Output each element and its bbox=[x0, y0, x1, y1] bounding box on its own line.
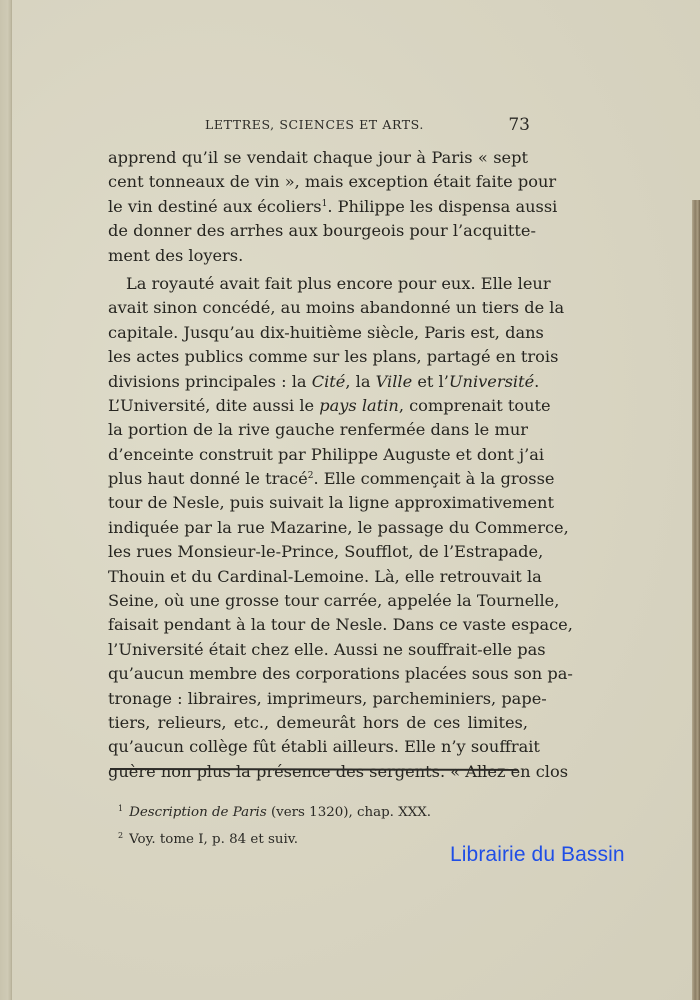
text-segment: (vers 1320), chap. XXX. bbox=[267, 805, 431, 820]
text-segment: tiers, relieurs, etc., demeurât hors de … bbox=[108, 713, 528, 732]
text-segment: l’Université était chez elle. Aussi ne s… bbox=[108, 640, 546, 659]
text-line: Thouin et du Cardinal-Lemoine. Là, elle … bbox=[108, 565, 528, 589]
text-segment: , comprenait toute bbox=[399, 396, 551, 415]
text-segment: plus haut donné le tracé bbox=[108, 469, 308, 488]
text-segment: tronage : libraires, imprimeurs, parchem… bbox=[108, 689, 547, 708]
text-segment: Seine, où une grosse tour carrée, appelé… bbox=[108, 591, 559, 610]
text-segment: capitale. Jusqu’au dix-huitième siècle, … bbox=[108, 323, 544, 342]
text-line: La royauté avait fait plus encore pour e… bbox=[108, 272, 528, 296]
text-segment: . Philippe les dispensa aussi bbox=[327, 197, 557, 216]
book-page: LETTRES, SCIENCES ET ARTS. 73 apprend qu… bbox=[0, 0, 700, 1000]
text-segment: . Elle commençait à la grosse bbox=[313, 469, 554, 488]
text-segment: apprend qu’il se vendait chaque jour à P… bbox=[108, 148, 528, 167]
text-segment: la portion de la rive gauche renfermée d… bbox=[108, 420, 528, 439]
text-segment: d’enceinte construit par Philippe August… bbox=[108, 445, 544, 464]
italic-text: Cité bbox=[312, 372, 346, 391]
body-text: apprend qu’il se vendait chaque jour à P… bbox=[108, 146, 528, 784]
footnote-mark: 2 bbox=[118, 831, 123, 840]
text-line: ment des loyers. bbox=[108, 244, 528, 268]
text-line: de donner des arrhes aux bourgeois pour … bbox=[108, 219, 528, 243]
text-line: les rues Monsieur-le-Prince, Soufflot, d… bbox=[108, 540, 528, 564]
text-line: tiers, relieurs, etc., demeurât hors de … bbox=[108, 711, 528, 735]
text-segment: Thouin et du Cardinal-Lemoine. Là, elle … bbox=[108, 567, 542, 586]
text-line: le vin destiné aux écoliers1. Philippe l… bbox=[108, 195, 528, 219]
text-segment: faisait pendant à la tour de Nesle. Dans… bbox=[108, 615, 573, 634]
footnote: 1Description de Paris (vers 1320), chap.… bbox=[118, 797, 518, 824]
text-line: Seine, où une grosse tour carrée, appelé… bbox=[108, 589, 528, 613]
text-segment: , la bbox=[345, 372, 375, 391]
text-segment: et l’ bbox=[412, 372, 449, 391]
text-segment: indiquée par la rue Mazarine, le passage… bbox=[108, 518, 569, 537]
page-gutter-edge bbox=[0, 0, 12, 1000]
text-line: la portion de la rive gauche renfermée d… bbox=[108, 418, 528, 442]
italic-text: Université bbox=[449, 372, 534, 391]
text-segment: . bbox=[534, 372, 539, 391]
text-line: L’Université, dite aussi le pays latin, … bbox=[108, 394, 528, 418]
text-segment: cent tonneaux de vin », mais exception é… bbox=[108, 172, 556, 191]
text-segment: avait sinon concédé, au moins abandonné … bbox=[108, 298, 564, 317]
text-segment: les rues Monsieur-le-Prince, Soufflot, d… bbox=[108, 542, 543, 561]
paragraph: apprend qu’il se vendait chaque jour à P… bbox=[108, 146, 528, 268]
page-number: 73 bbox=[508, 115, 530, 135]
running-head-title: LETTRES, SCIENCES ET ARTS. bbox=[205, 117, 424, 132]
text-line: faisait pendant à la tour de Nesle. Dans… bbox=[108, 613, 528, 637]
text-segment: qu’aucun collège fût établi ailleurs. El… bbox=[108, 737, 540, 756]
text-line: qu’aucun collège fût établi ailleurs. El… bbox=[108, 735, 528, 759]
paragraph: La royauté avait fait plus encore pour e… bbox=[108, 272, 528, 784]
text-line: tronage : libraires, imprimeurs, parchem… bbox=[108, 687, 528, 711]
text-segment: ment des loyers. bbox=[108, 246, 243, 265]
text-line: apprend qu’il se vendait chaque jour à P… bbox=[108, 146, 528, 170]
text-segment: les actes publics comme sur les plans, p… bbox=[108, 347, 558, 366]
text-line: indiquée par la rue Mazarine, le passage… bbox=[108, 516, 528, 540]
text-segment: guère non plus la présence des sergents.… bbox=[108, 762, 568, 781]
italic-text: pays latin bbox=[319, 396, 399, 415]
text-line: l’Université était chez elle. Aussi ne s… bbox=[108, 638, 528, 662]
text-segment: qu’aucun membre des corporations placées… bbox=[108, 664, 573, 683]
text-segment: de donner des arrhes aux bourgeois pour … bbox=[108, 221, 536, 240]
footnote-mark: 1 bbox=[118, 804, 123, 813]
text-line: capitale. Jusqu’au dix-huitième siècle, … bbox=[108, 321, 528, 345]
text-line: les actes publics comme sur les plans, p… bbox=[108, 345, 528, 369]
text-segment: divisions principales : la bbox=[108, 372, 312, 391]
watermark-librairie-du-bassin: Librairie du Bassin bbox=[450, 843, 625, 867]
text-segment: La royauté avait fait plus encore pour e… bbox=[126, 274, 551, 293]
running-head: LETTRES, SCIENCES ET ARTS. 73 bbox=[205, 117, 530, 137]
text-line: tour de Nesle, puis suivait la ligne app… bbox=[108, 491, 528, 515]
text-line: d’enceinte construit par Philippe August… bbox=[108, 443, 528, 467]
text-segment: Voy. tome I, p. 84 et suiv. bbox=[129, 832, 298, 847]
text-line: avait sinon concédé, au moins abandonné … bbox=[108, 296, 528, 320]
text-line: qu’aucun membre des corporations placées… bbox=[108, 662, 528, 686]
page-fore-edge bbox=[692, 200, 700, 1000]
text-line: guère non plus la présence des sergents.… bbox=[108, 760, 528, 784]
text-line: plus haut donné le tracé2. Elle commença… bbox=[108, 467, 528, 491]
text-segment: le vin destiné aux écoliers bbox=[108, 197, 322, 216]
italic-text: Ville bbox=[376, 372, 413, 391]
text-line: divisions principales : la Cité, la Vill… bbox=[108, 370, 528, 394]
text-segment: tour de Nesle, puis suivait la ligne app… bbox=[108, 493, 554, 512]
text-line: cent tonneaux de vin », mais exception é… bbox=[108, 170, 528, 194]
italic-text: Description de Paris bbox=[129, 805, 267, 820]
text-segment: L’Université, dite aussi le bbox=[108, 396, 319, 415]
